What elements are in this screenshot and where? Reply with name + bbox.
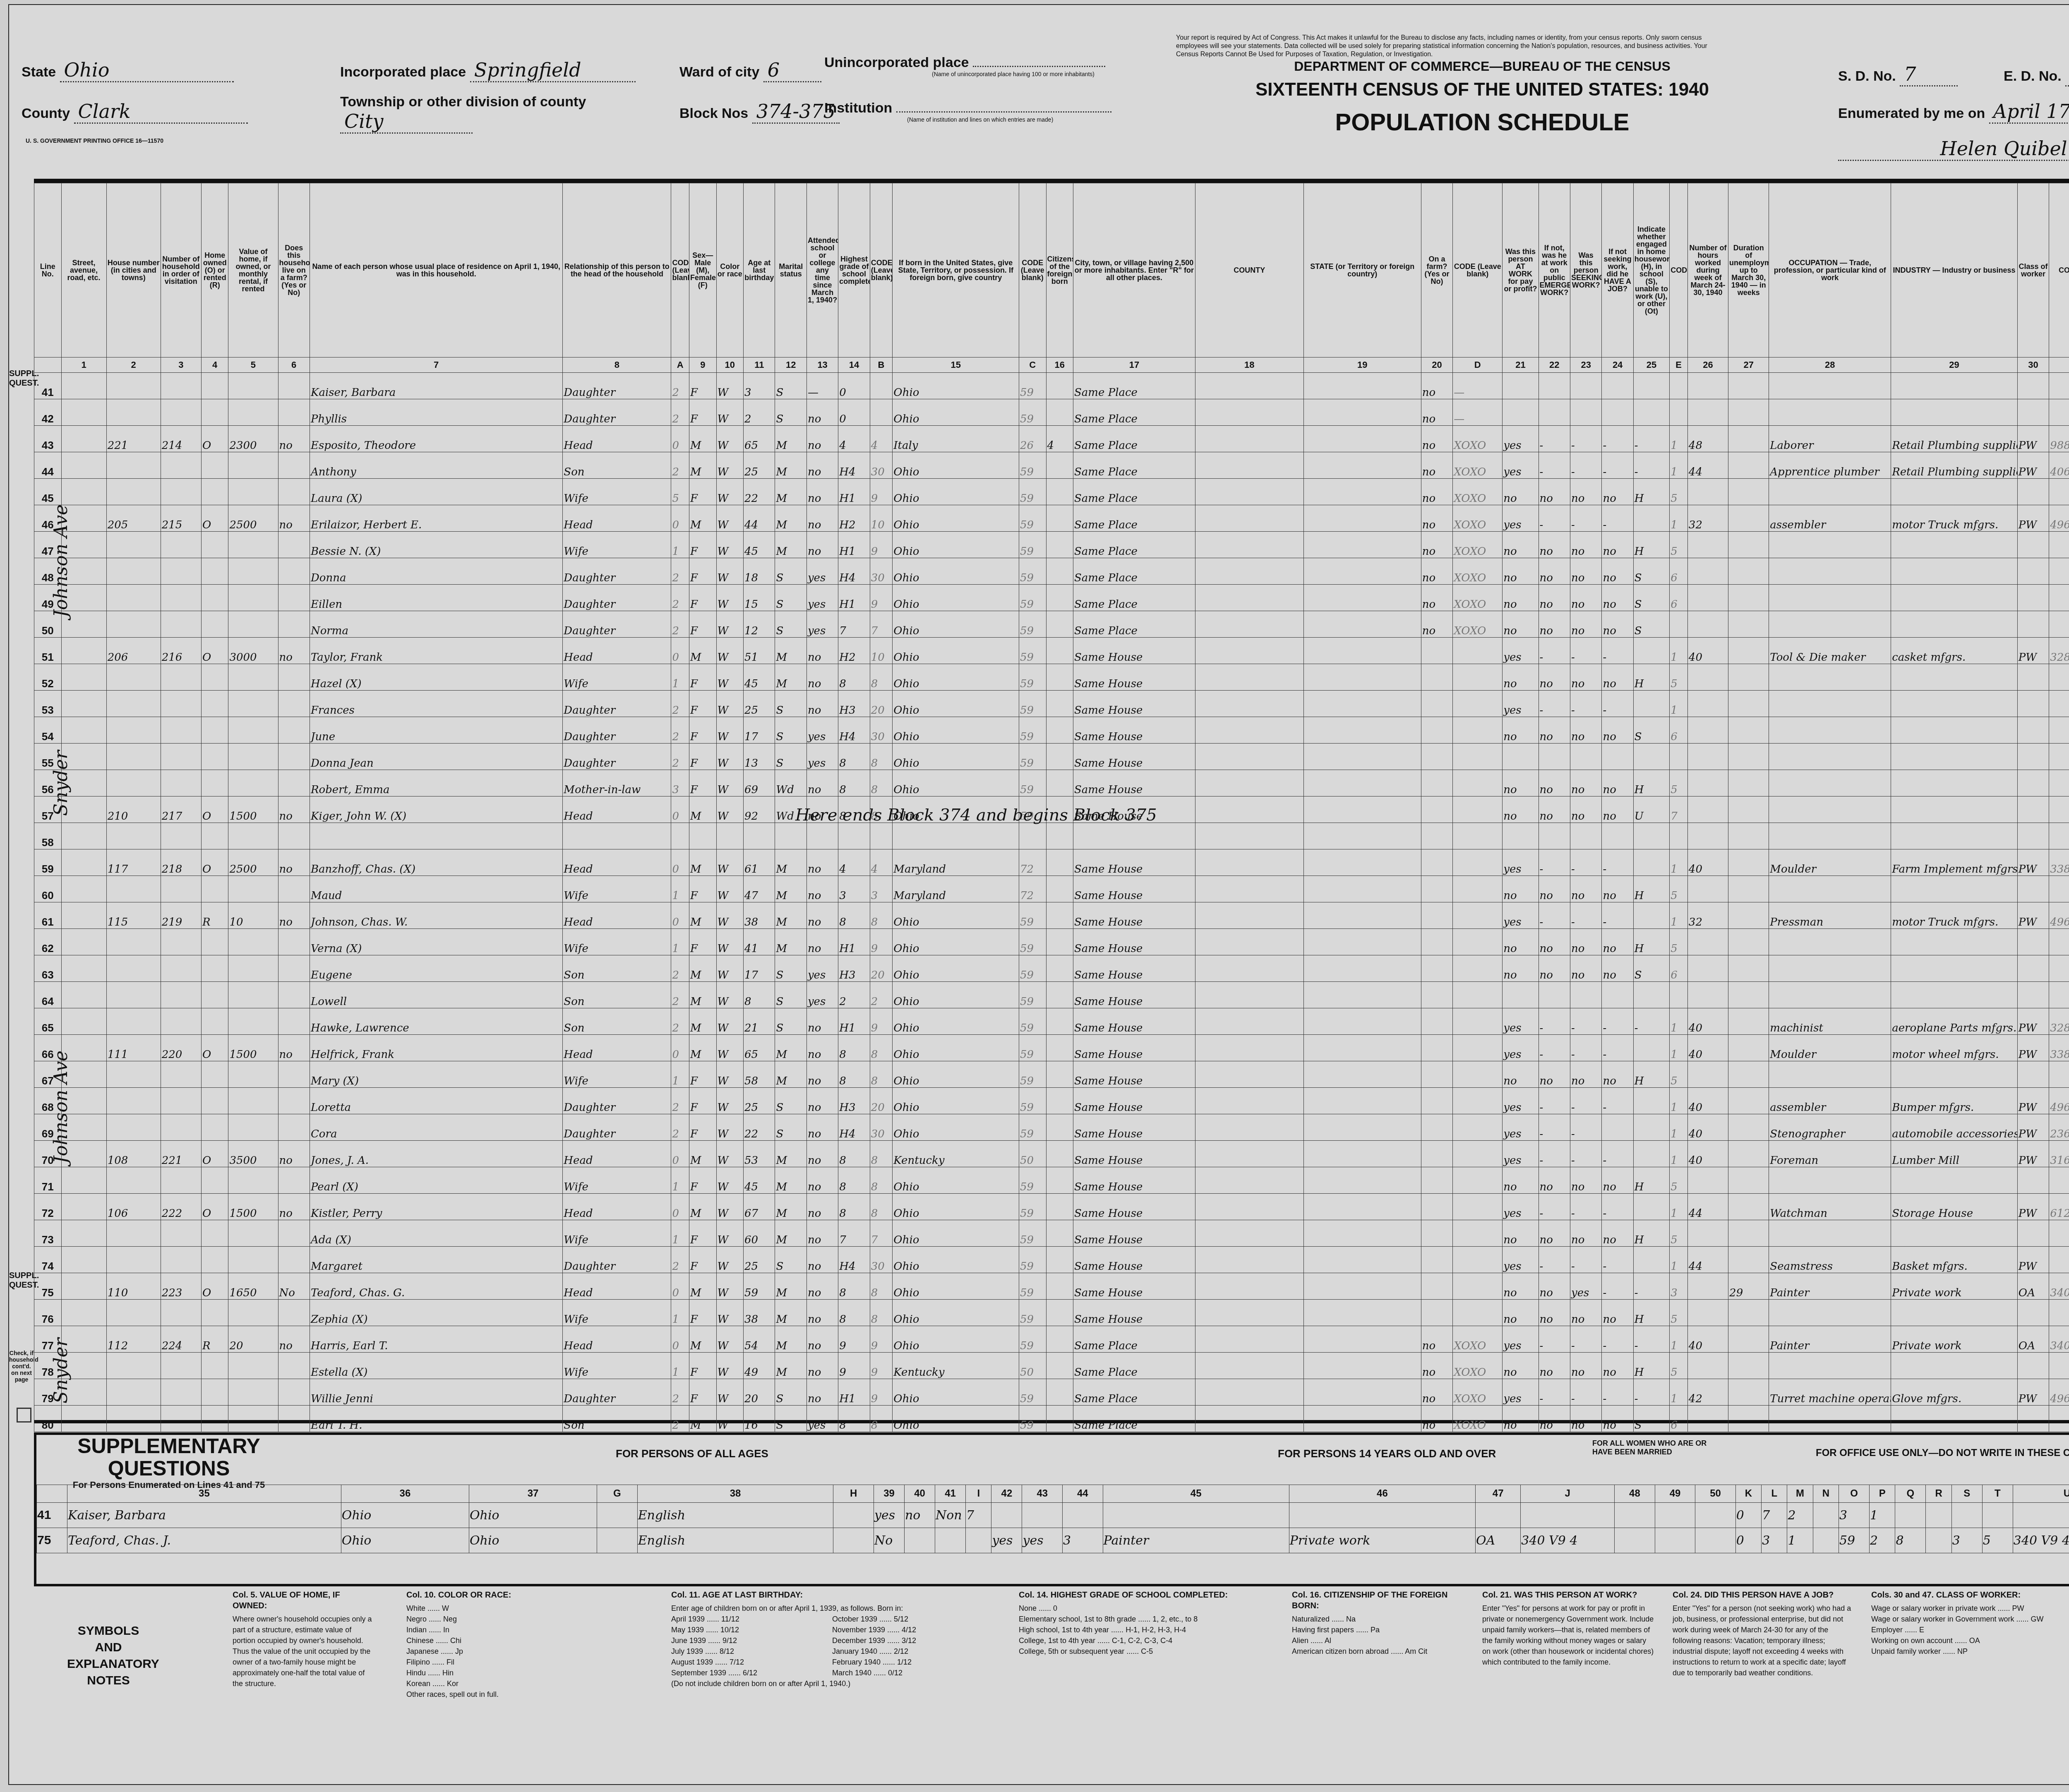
cell-birth: Ohio xyxy=(893,664,1019,691)
cell-cls xyxy=(2017,955,2049,982)
cell-street xyxy=(61,1353,106,1379)
cell-house: 111 xyxy=(106,1035,161,1061)
cell-name xyxy=(310,823,562,849)
cell-c: 50 xyxy=(1019,1141,1047,1167)
supp-cell-name: Teaford, Chas. J. xyxy=(67,1528,341,1553)
cell-c23: no xyxy=(1570,929,1601,955)
supp-column-N: N xyxy=(1813,1485,1839,1503)
cell-hh: 214 xyxy=(161,426,201,452)
cell-sch: no xyxy=(806,1035,838,1061)
cell-street xyxy=(61,1141,106,1167)
cell-mar: M xyxy=(775,1061,806,1088)
cell-c26 xyxy=(1687,1406,1728,1432)
cell-occ: Turret machine operator xyxy=(1769,1379,1891,1406)
cell-f xyxy=(2049,585,2069,611)
cell-res17: Same House xyxy=(1073,1273,1195,1300)
cell-rel: Mother-in-law xyxy=(563,770,671,796)
cell-d: XOXO xyxy=(1453,585,1503,611)
cell-own xyxy=(201,1167,228,1194)
cell-b: 8 xyxy=(870,1300,893,1326)
cell-value: 3500 xyxy=(228,1141,278,1167)
cell-d xyxy=(1453,1141,1503,1167)
cell-res19 xyxy=(1303,532,1421,558)
cell-house xyxy=(106,611,161,638)
cell-c26 xyxy=(1687,1300,1728,1326)
cell-a: 2 xyxy=(671,1008,689,1035)
cell-cls xyxy=(2017,1220,2049,1247)
cell-f xyxy=(2049,1353,2069,1379)
cell-age: 38 xyxy=(744,1300,775,1326)
cell-value xyxy=(228,611,278,638)
column-number-A: A xyxy=(671,357,689,373)
cell-cit xyxy=(1046,1273,1073,1300)
cell-line: 56 xyxy=(34,770,62,796)
cell-age: 22 xyxy=(744,1114,775,1141)
cell-c27 xyxy=(1728,717,1769,744)
block-field: Block Nos 374-375 xyxy=(679,100,840,124)
cell-mar: M xyxy=(775,664,806,691)
cell-c25: U xyxy=(1633,796,1669,823)
cell-house: 106 xyxy=(106,1194,161,1220)
note-col21-text: Enter "Yes" for persons at work for pay … xyxy=(1482,1604,1654,1666)
cell-c27 xyxy=(1728,426,1769,452)
cell-occ xyxy=(1769,796,1891,823)
cell-race: W xyxy=(716,1300,744,1326)
column-number-26: 26 xyxy=(1687,357,1728,373)
cell-res20 xyxy=(1421,1247,1452,1273)
table-row: 55Donna JeanDaughter2FW13Syes88Ohio59Sam… xyxy=(34,744,2069,770)
cell-race: W xyxy=(716,1194,744,1220)
cell-house: 110 xyxy=(106,1273,161,1300)
supp-cell-g xyxy=(597,1528,638,1553)
cell-c23: - xyxy=(1570,1035,1601,1061)
cell-street xyxy=(61,955,106,982)
table-row: 59117218O2500noBanzhoff, Chas. (X)Head0M… xyxy=(34,849,2069,876)
cell-rel: Wife xyxy=(563,929,671,955)
cell-res17: Same House xyxy=(1073,717,1195,744)
cell-race xyxy=(716,823,744,849)
cell-line: 71 xyxy=(34,1167,62,1194)
cell-res18 xyxy=(1195,929,1303,955)
cell-e: 1 xyxy=(1670,1326,1688,1353)
cell-value: 2300 xyxy=(228,426,278,452)
cell-street xyxy=(61,638,106,664)
cell-res20 xyxy=(1421,638,1452,664)
cell-c26 xyxy=(1687,373,1728,399)
cell-value xyxy=(228,532,278,558)
cell-c: 59 xyxy=(1019,1326,1047,1353)
note-item: Unpaid family worker ...... NP xyxy=(1871,1646,2062,1657)
cell-cls xyxy=(2017,585,2049,611)
cell-name: Loretta xyxy=(310,1088,562,1114)
cell-e: 3 xyxy=(1670,1273,1688,1300)
cell-c26: 42 xyxy=(1687,1379,1728,1406)
supp-column-40: 40 xyxy=(905,1485,935,1503)
supp-column-37: 37 xyxy=(469,1485,597,1503)
cell-rel: Son xyxy=(563,982,671,1008)
cell-c23: yes xyxy=(1570,1273,1601,1300)
sd-value: 7 xyxy=(1900,63,1958,86)
cell-occ xyxy=(1769,770,1891,796)
cell-own xyxy=(201,399,228,426)
cell-mar: S xyxy=(775,611,806,638)
cell-c21: no xyxy=(1503,1353,1539,1379)
cell-own xyxy=(201,876,228,902)
cell-line: 61 xyxy=(34,902,62,929)
cell-d: XOXO xyxy=(1453,1353,1503,1379)
cell-c23 xyxy=(1570,982,1601,1008)
cell-rel: Head xyxy=(563,1194,671,1220)
cell-sch: no xyxy=(806,1008,838,1035)
cell-d xyxy=(1453,1167,1503,1194)
supp-cell-o: 3 xyxy=(1839,1503,1870,1528)
cell-cit xyxy=(1046,955,1073,982)
column-headers: Line No.Street, avenue, road, etc.House … xyxy=(34,183,2069,357)
cell-race: W xyxy=(716,1141,744,1167)
cell-hh xyxy=(161,1379,201,1406)
column-header-4: Home owned (O) or rented (R) xyxy=(201,183,228,357)
cell-age xyxy=(744,823,775,849)
cell-own xyxy=(201,452,228,479)
cell-res18 xyxy=(1195,1353,1303,1379)
cell-house xyxy=(106,664,161,691)
cell-c: 72 xyxy=(1019,876,1047,902)
cell-own xyxy=(201,744,228,770)
cell-cit xyxy=(1046,1353,1073,1379)
cell-c21: no xyxy=(1503,770,1539,796)
cell-sex: M xyxy=(689,638,717,664)
cell-c22: - xyxy=(1539,1379,1570,1406)
cell-value xyxy=(228,664,278,691)
cell-c: 59 xyxy=(1019,1247,1047,1273)
cell-c27 xyxy=(1728,823,1769,849)
cell-line: 41 xyxy=(34,373,62,399)
cell-race: W xyxy=(716,902,744,929)
cell-res18 xyxy=(1195,532,1303,558)
column-header-line-0: Line No. xyxy=(34,183,62,357)
cell-res17: Same House xyxy=(1073,1088,1195,1114)
cell-res20: no xyxy=(1421,1379,1452,1406)
cell-e: 5 xyxy=(1670,664,1688,691)
column-number-13: 13 xyxy=(806,357,838,373)
column-header-27: Duration of unemployment up to March 30,… xyxy=(1728,183,1769,357)
cell-res18 xyxy=(1195,1035,1303,1061)
table-row: 70108221O3500noJones, J. A.Head0MW53Mno8… xyxy=(34,1141,2069,1167)
cell-c: 59 xyxy=(1019,1300,1047,1326)
supp-column-36: 36 xyxy=(341,1485,469,1503)
cell-street xyxy=(61,691,106,717)
supp-cell-q xyxy=(1895,1503,1926,1528)
column-number-20: 20 xyxy=(1421,357,1452,373)
cell-race: W xyxy=(716,611,744,638)
cell-age: 3 xyxy=(744,373,775,399)
cell-cls: PW xyxy=(2017,1194,2049,1220)
cell-hh xyxy=(161,717,201,744)
cell-d xyxy=(1453,1114,1503,1141)
cell-age: 18 xyxy=(744,558,775,585)
cell-street xyxy=(61,1220,106,1247)
note-item: July 1939 ...... 8/12 xyxy=(671,1646,825,1657)
cell-a: 2 xyxy=(671,452,689,479)
cell-house xyxy=(106,1220,161,1247)
cell-e: 1 xyxy=(1670,1247,1688,1273)
cell-name: Harris, Earl T. xyxy=(310,1326,562,1353)
cell-c22: no xyxy=(1539,1406,1570,1432)
cell-farm xyxy=(278,1220,310,1247)
cell-ind: Glove mfgrs. xyxy=(1891,1379,2018,1406)
supp-column-50: 50 xyxy=(1695,1485,1736,1503)
cell-cit xyxy=(1046,1300,1073,1326)
supp-cell-m: 2 xyxy=(1787,1503,1813,1528)
cell-res20 xyxy=(1421,1035,1452,1061)
cell-c: 59 xyxy=(1019,664,1047,691)
table-row: 5858 xyxy=(34,823,2069,849)
cell-value: 1650 xyxy=(228,1273,278,1300)
cell-cit xyxy=(1046,1326,1073,1353)
cell-sch: yes xyxy=(806,955,838,982)
cell-grade: H1 xyxy=(838,929,870,955)
cell-c21: yes xyxy=(1503,1008,1539,1035)
note-item: College, 1st to 4th year ...... C-1, C-2… xyxy=(1019,1635,1275,1646)
cell-age: 59 xyxy=(744,1273,775,1300)
cell-c22: no xyxy=(1539,955,1570,982)
cell-c23: no xyxy=(1570,770,1601,796)
cell-farm xyxy=(278,717,310,744)
supp-cell-c43: yes xyxy=(1022,1528,1063,1553)
cell-res19 xyxy=(1303,982,1421,1008)
cell-res17: Same House xyxy=(1073,1167,1195,1194)
cell-f xyxy=(2049,929,2069,955)
cell-hh xyxy=(161,399,201,426)
cell-sch: no xyxy=(806,1194,838,1220)
cell-hh: 215 xyxy=(161,505,201,532)
cell-c23: no xyxy=(1570,876,1601,902)
cell-res19 xyxy=(1303,1088,1421,1114)
cell-b: 30 xyxy=(870,452,893,479)
cell-sex: F xyxy=(689,876,717,902)
cell-hh: 222 xyxy=(161,1194,201,1220)
cell-c22: no xyxy=(1539,611,1570,638)
cell-name: Laura (X) xyxy=(310,479,562,505)
note-item: March 1940 ...... 0/12 xyxy=(832,1667,986,1678)
cell-own xyxy=(201,717,228,744)
supp-column-G: G xyxy=(597,1485,638,1503)
cell-res19 xyxy=(1303,1141,1421,1167)
cell-c27 xyxy=(1728,1008,1769,1035)
cell-ind xyxy=(1891,585,2018,611)
cell-a: 1 xyxy=(671,1220,689,1247)
cell-name: Donna xyxy=(310,558,562,585)
cell-c24 xyxy=(1602,823,1633,849)
cell-farm xyxy=(278,664,310,691)
supp-cell-lang: English xyxy=(637,1528,833,1553)
cell-house xyxy=(106,1406,161,1432)
cell-name: Bessie N. (X) xyxy=(310,532,562,558)
cell-res17: Same House xyxy=(1073,664,1195,691)
cell-grade: 8 xyxy=(838,744,870,770)
cell-ind xyxy=(1891,982,2018,1008)
cell-race: W xyxy=(716,426,744,452)
table-row: 56Robert, EmmaMother-in-law3FW69Wdno88Oh… xyxy=(34,770,2069,796)
cell-line: 64 xyxy=(34,982,62,1008)
cell-c24: - xyxy=(1602,1273,1633,1300)
cell-farm xyxy=(278,744,310,770)
cell-farm: no xyxy=(278,638,310,664)
cell-sex: M xyxy=(689,426,717,452)
cell-ind: Storage House xyxy=(1891,1194,2018,1220)
cell-c: 59 xyxy=(1019,1088,1047,1114)
cell-farm xyxy=(278,373,310,399)
cell-mar: M xyxy=(775,638,806,664)
cell-race: W xyxy=(716,1406,744,1432)
cell-age: 49 xyxy=(744,1353,775,1379)
column-header-14: Highest grade of school completed xyxy=(838,183,870,357)
cell-hh xyxy=(161,876,201,902)
note-col16-list: Naturalized ...... NaHaving first papers… xyxy=(1292,1614,1466,1657)
cell-name: Anthony xyxy=(310,452,562,479)
cell-rel: Head xyxy=(563,796,671,823)
suppl-quest-marker-75: SUPPL. QUEST. xyxy=(9,1271,34,1290)
cell-b: 4 xyxy=(870,426,893,452)
cell-c: 59 xyxy=(1019,1194,1047,1220)
cell-res17: Same Place xyxy=(1073,1406,1195,1432)
cell-cit xyxy=(1046,505,1073,532)
cell-sch: no xyxy=(806,479,838,505)
cell-cls: PW xyxy=(2017,1247,2049,1273)
cell-res17: Same Place xyxy=(1073,426,1195,452)
cell-age: 21 xyxy=(744,1008,775,1035)
cell-res20 xyxy=(1421,1273,1452,1300)
supp-cell-u: 340 V9 4 xyxy=(2013,1528,2069,1553)
cell-value xyxy=(228,691,278,717)
cell-c25: H xyxy=(1633,1167,1669,1194)
cell-hh xyxy=(161,691,201,717)
cell-c26 xyxy=(1687,1061,1728,1088)
cell-farm: no xyxy=(278,849,310,876)
cell-d: XOXO xyxy=(1453,505,1503,532)
cell-rel: Son xyxy=(563,955,671,982)
cell-res18 xyxy=(1195,1273,1303,1300)
cell-c24: - xyxy=(1602,1194,1633,1220)
continued-checkbox[interactable] xyxy=(17,1408,31,1423)
cell-own xyxy=(201,823,228,849)
cell-mar: M xyxy=(775,876,806,902)
cell-c24: - xyxy=(1602,638,1633,664)
cell-line: 78 xyxy=(34,1353,62,1379)
cell-cls xyxy=(2017,558,2049,585)
supp-cell-ind xyxy=(1289,1503,1475,1528)
cell-name: Earl T. H. xyxy=(310,1406,562,1432)
cell-cls: OA xyxy=(2017,1326,2049,1353)
census-title: SIXTEENTH CENSUS OF THE UNITED STATES: 1… xyxy=(1234,79,1731,100)
cell-b: 2 xyxy=(870,982,893,1008)
cell-farm xyxy=(278,532,310,558)
cell-c24: no xyxy=(1602,876,1633,902)
supp-cell-t: 5 xyxy=(1982,1528,2013,1553)
cell-value xyxy=(228,1114,278,1141)
cell-house xyxy=(106,1353,161,1379)
cell-c23: no xyxy=(1570,1167,1601,1194)
cell-race: W xyxy=(716,982,744,1008)
cell-grade: 8 xyxy=(838,1300,870,1326)
cell-c21: yes xyxy=(1503,849,1539,876)
supp-cell-c50 xyxy=(1695,1503,1736,1528)
cell-own xyxy=(201,532,228,558)
cell-f: 496 39 1 xyxy=(2049,902,2069,929)
cell-cls xyxy=(2017,1061,2049,1088)
cell-e: 1 xyxy=(1670,1035,1688,1061)
cell-c27 xyxy=(1728,1088,1769,1114)
cell-age: 8 xyxy=(744,982,775,1008)
cell-b: 20 xyxy=(870,955,893,982)
supp-cell-l: 3 xyxy=(1762,1528,1787,1553)
cell-c26 xyxy=(1687,929,1728,955)
cell-c21: no xyxy=(1503,955,1539,982)
supp-column-J: J xyxy=(1521,1485,1615,1503)
cell-c27 xyxy=(1728,664,1769,691)
column-number-12: 12 xyxy=(775,357,806,373)
cell-own xyxy=(201,1114,228,1141)
cell-cit xyxy=(1046,717,1073,744)
cell-cls: PW xyxy=(2017,902,2049,929)
cell-race: W xyxy=(716,796,744,823)
supp-column-46: 46 xyxy=(1289,1485,1475,1503)
cell-a: 1 xyxy=(671,1167,689,1194)
cell-street xyxy=(61,717,106,744)
cell-f: 496 39 1 xyxy=(2049,505,2069,532)
cell-birth: Ohio xyxy=(893,1220,1019,1247)
cell-res20: no xyxy=(1421,532,1452,558)
cell-own xyxy=(201,770,228,796)
cell-c22: - xyxy=(1539,426,1570,452)
cell-c23: - xyxy=(1570,505,1601,532)
cell-house: 117 xyxy=(106,849,161,876)
cell-a: 0 xyxy=(671,796,689,823)
cell-res17: Same House xyxy=(1073,744,1195,770)
cell-res19 xyxy=(1303,664,1421,691)
cell-c22: no xyxy=(1539,876,1570,902)
cell-res19 xyxy=(1303,744,1421,770)
cell-c27 xyxy=(1728,929,1769,955)
cell-mar: M xyxy=(775,479,806,505)
cell-mar: M xyxy=(775,1167,806,1194)
cell-own xyxy=(201,1220,228,1247)
cell-c23: - xyxy=(1570,452,1601,479)
cell-c25: S xyxy=(1633,717,1669,744)
cell-cit xyxy=(1046,1061,1073,1088)
cell-ind: Bumper mfgrs. xyxy=(1891,1088,2018,1114)
cell-c: 59 xyxy=(1019,902,1047,929)
note-item: Indian ...... In xyxy=(406,1624,638,1635)
note-col11-list: April 1939 ...... 11/12May 1939 ...... 1… xyxy=(671,1614,986,1678)
cell-b: 20 xyxy=(870,1088,893,1114)
cell-a: 0 xyxy=(671,505,689,532)
census-sheet: State Ohio County Clark Incorporated pla… xyxy=(8,4,2069,1785)
cell-race: W xyxy=(716,1247,744,1273)
cell-sex: F xyxy=(689,1353,717,1379)
cell-c24: no xyxy=(1602,585,1633,611)
cell-c25 xyxy=(1633,1141,1669,1167)
cell-d xyxy=(1453,849,1503,876)
cell-name: Cora xyxy=(310,1114,562,1141)
cell-c26: 40 xyxy=(1687,1141,1728,1167)
cell-sch: no xyxy=(806,691,838,717)
cell-res18 xyxy=(1195,426,1303,452)
cell-sch: no xyxy=(806,1220,838,1247)
cell-c27 xyxy=(1728,1247,1769,1273)
cell-res20 xyxy=(1421,744,1452,770)
cell-line: 48 xyxy=(34,558,62,585)
